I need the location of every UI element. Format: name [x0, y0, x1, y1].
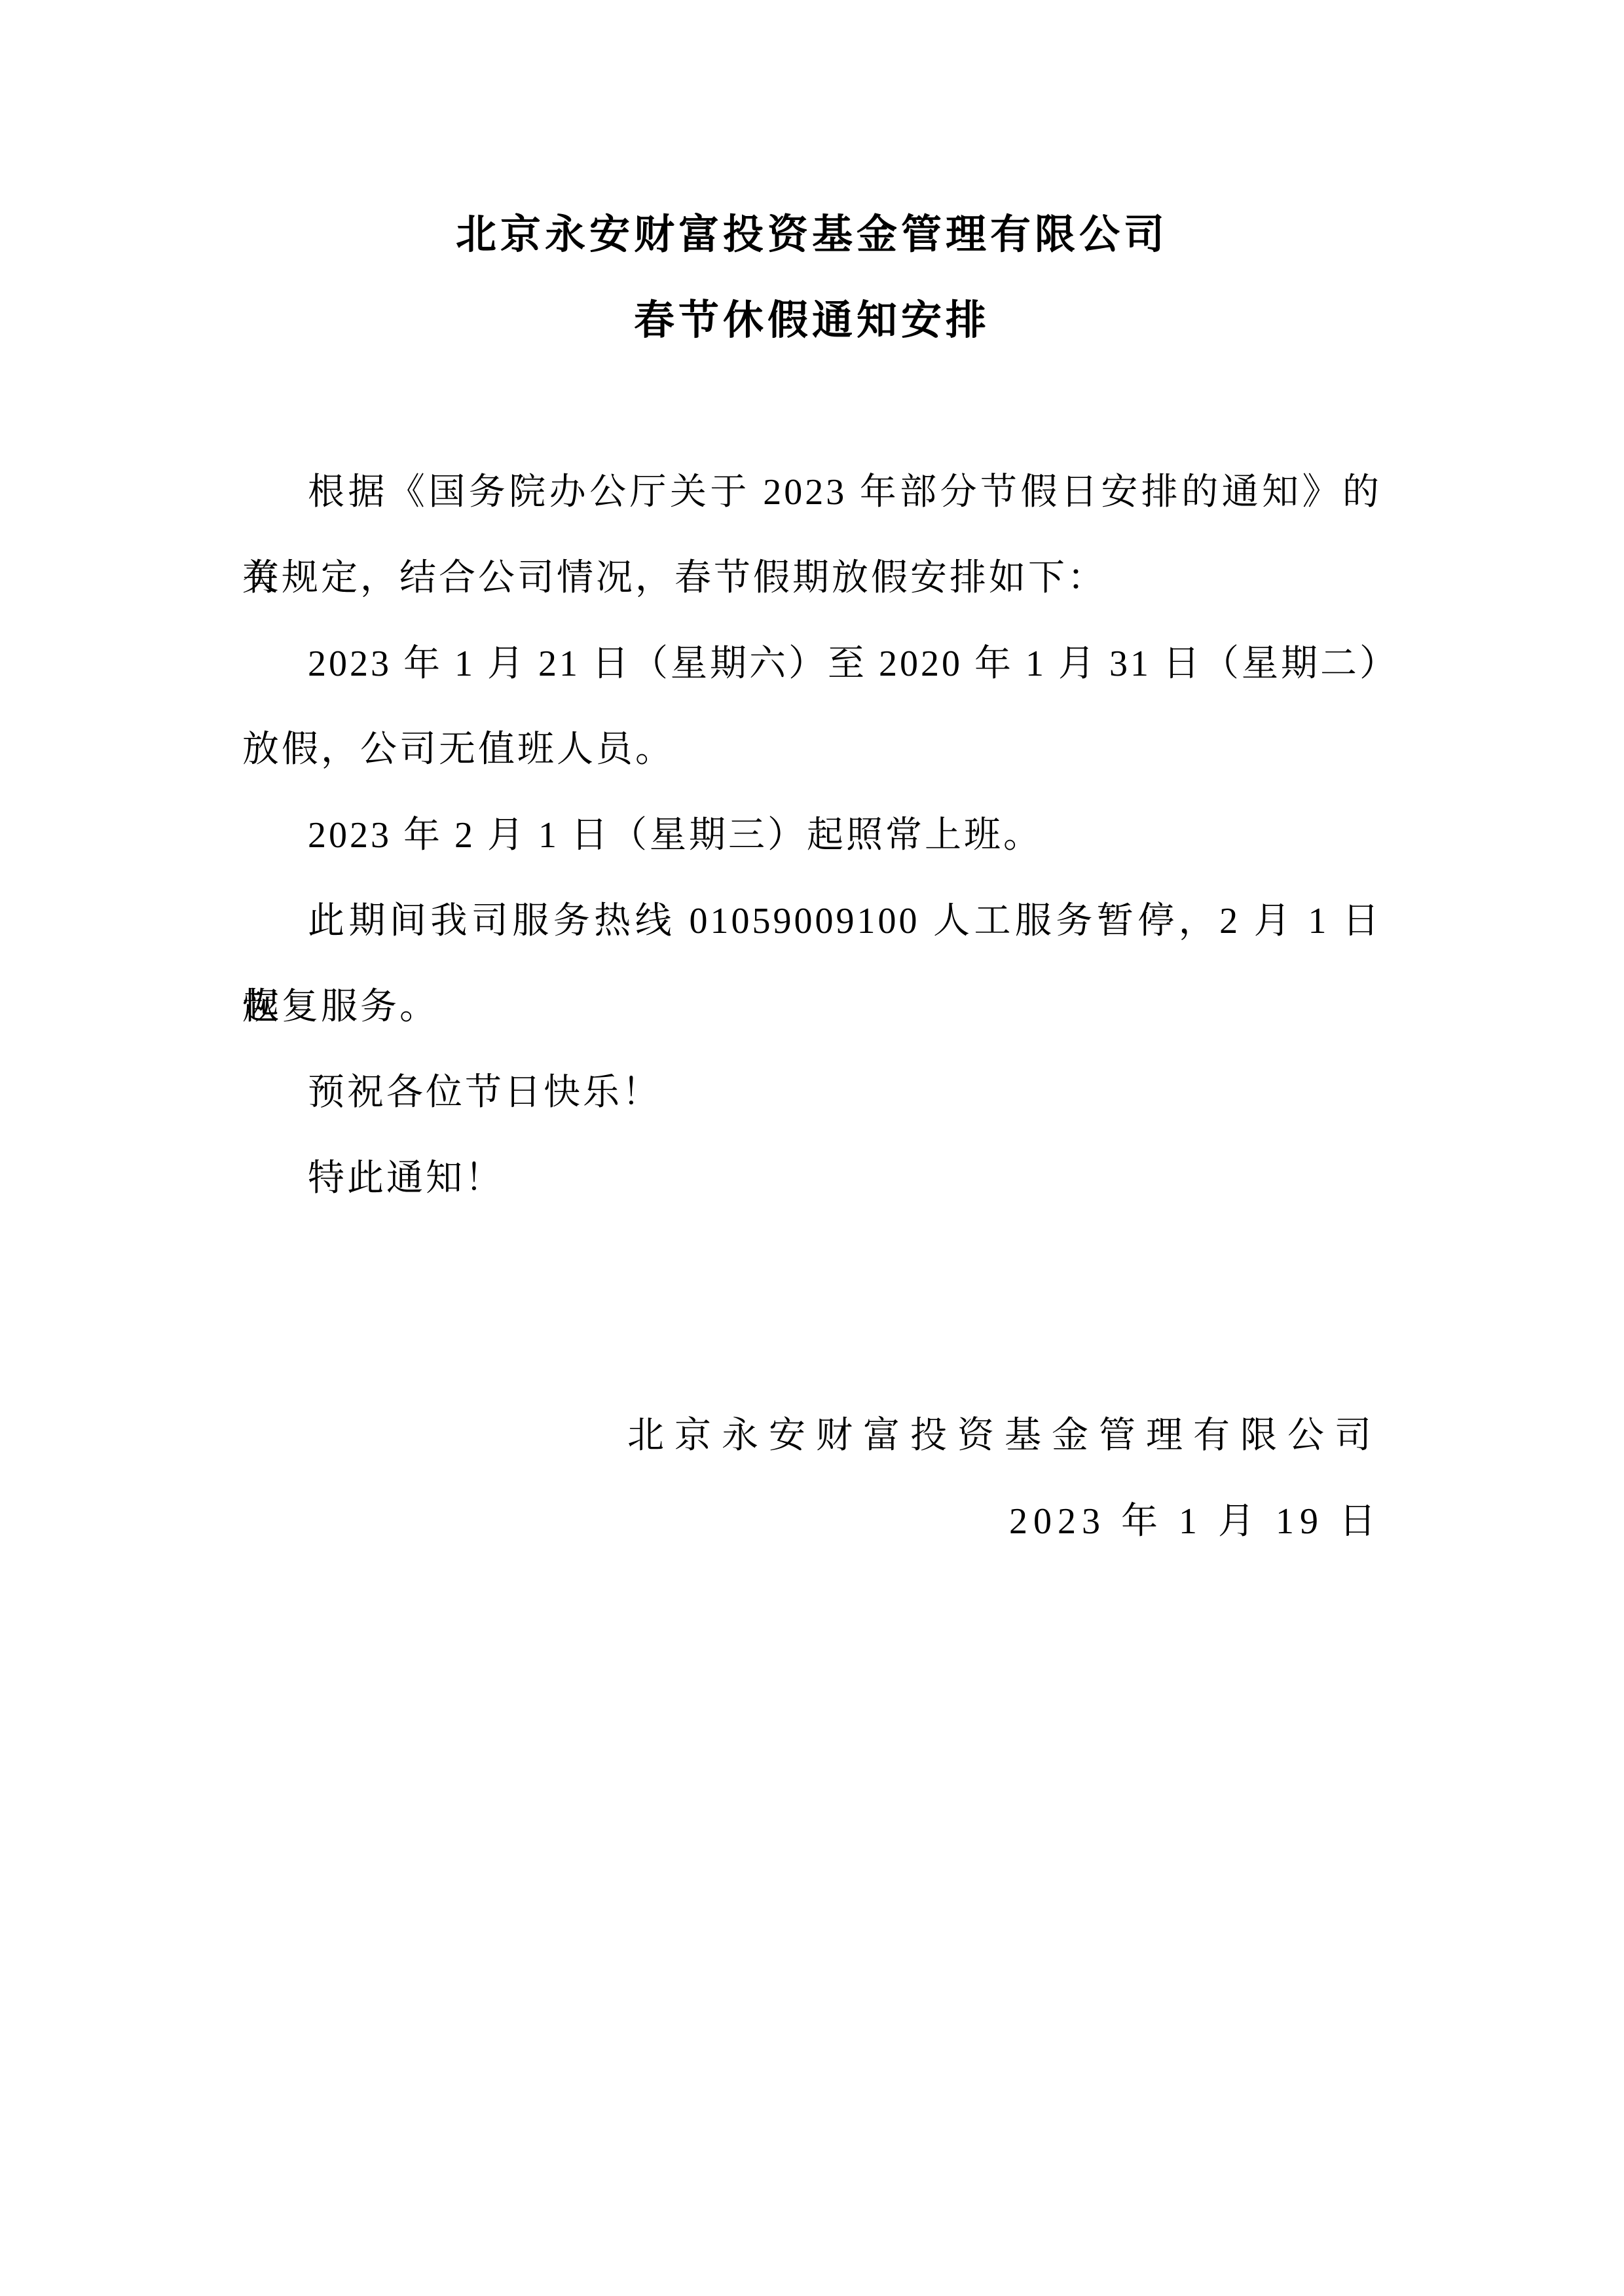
body-line-9: 特此通知！	[242, 1136, 1382, 1222]
blank-line	[242, 1307, 1382, 1393]
body-line-5: 2023 年 2 月 1 日（星期三）起照常上班。	[242, 793, 1382, 879]
body-line-3: 2023 年 1 月 21 日（星期六）至 2020 年 1 月 31 日（星期…	[242, 621, 1382, 707]
document-page: 北京永安财富投资基金管理有限公司 春节休假通知安排 根据《国务院办公厅关于 20…	[0, 0, 1624, 2296]
signature-date: 2023 年 1 月 19 日	[242, 1479, 1382, 1565]
body-line-2: 关规定，结合公司情况，春节假期放假安排如下：	[242, 536, 1382, 621]
body-line-4: 放假，公司无值班人员。	[242, 707, 1382, 793]
blank-line	[242, 1222, 1382, 1307]
body-line-1: 根据《国务院办公厅关于 2023 年部分节假日安排的通知》的有	[242, 450, 1382, 536]
blank-line	[242, 364, 1382, 450]
notice-document: 北京永安财富投资基金管理有限公司 春节休假通知安排 根据《国务院办公厅关于 20…	[242, 192, 1382, 1565]
document-title-line-2: 春节休假通知安排	[242, 278, 1382, 364]
body-line-7: 恢复服务。	[242, 964, 1382, 1050]
body-line-6: 此期间我司服务热线 01059009100 人工服务暂停，2 月 1 日起	[242, 879, 1382, 964]
signature-company-name: 北京永安财富投资基金管理有限公司	[242, 1393, 1382, 1479]
body-line-8: 预祝各位节日快乐！	[242, 1050, 1382, 1136]
document-title-line-1: 北京永安财富投资基金管理有限公司	[242, 192, 1382, 278]
